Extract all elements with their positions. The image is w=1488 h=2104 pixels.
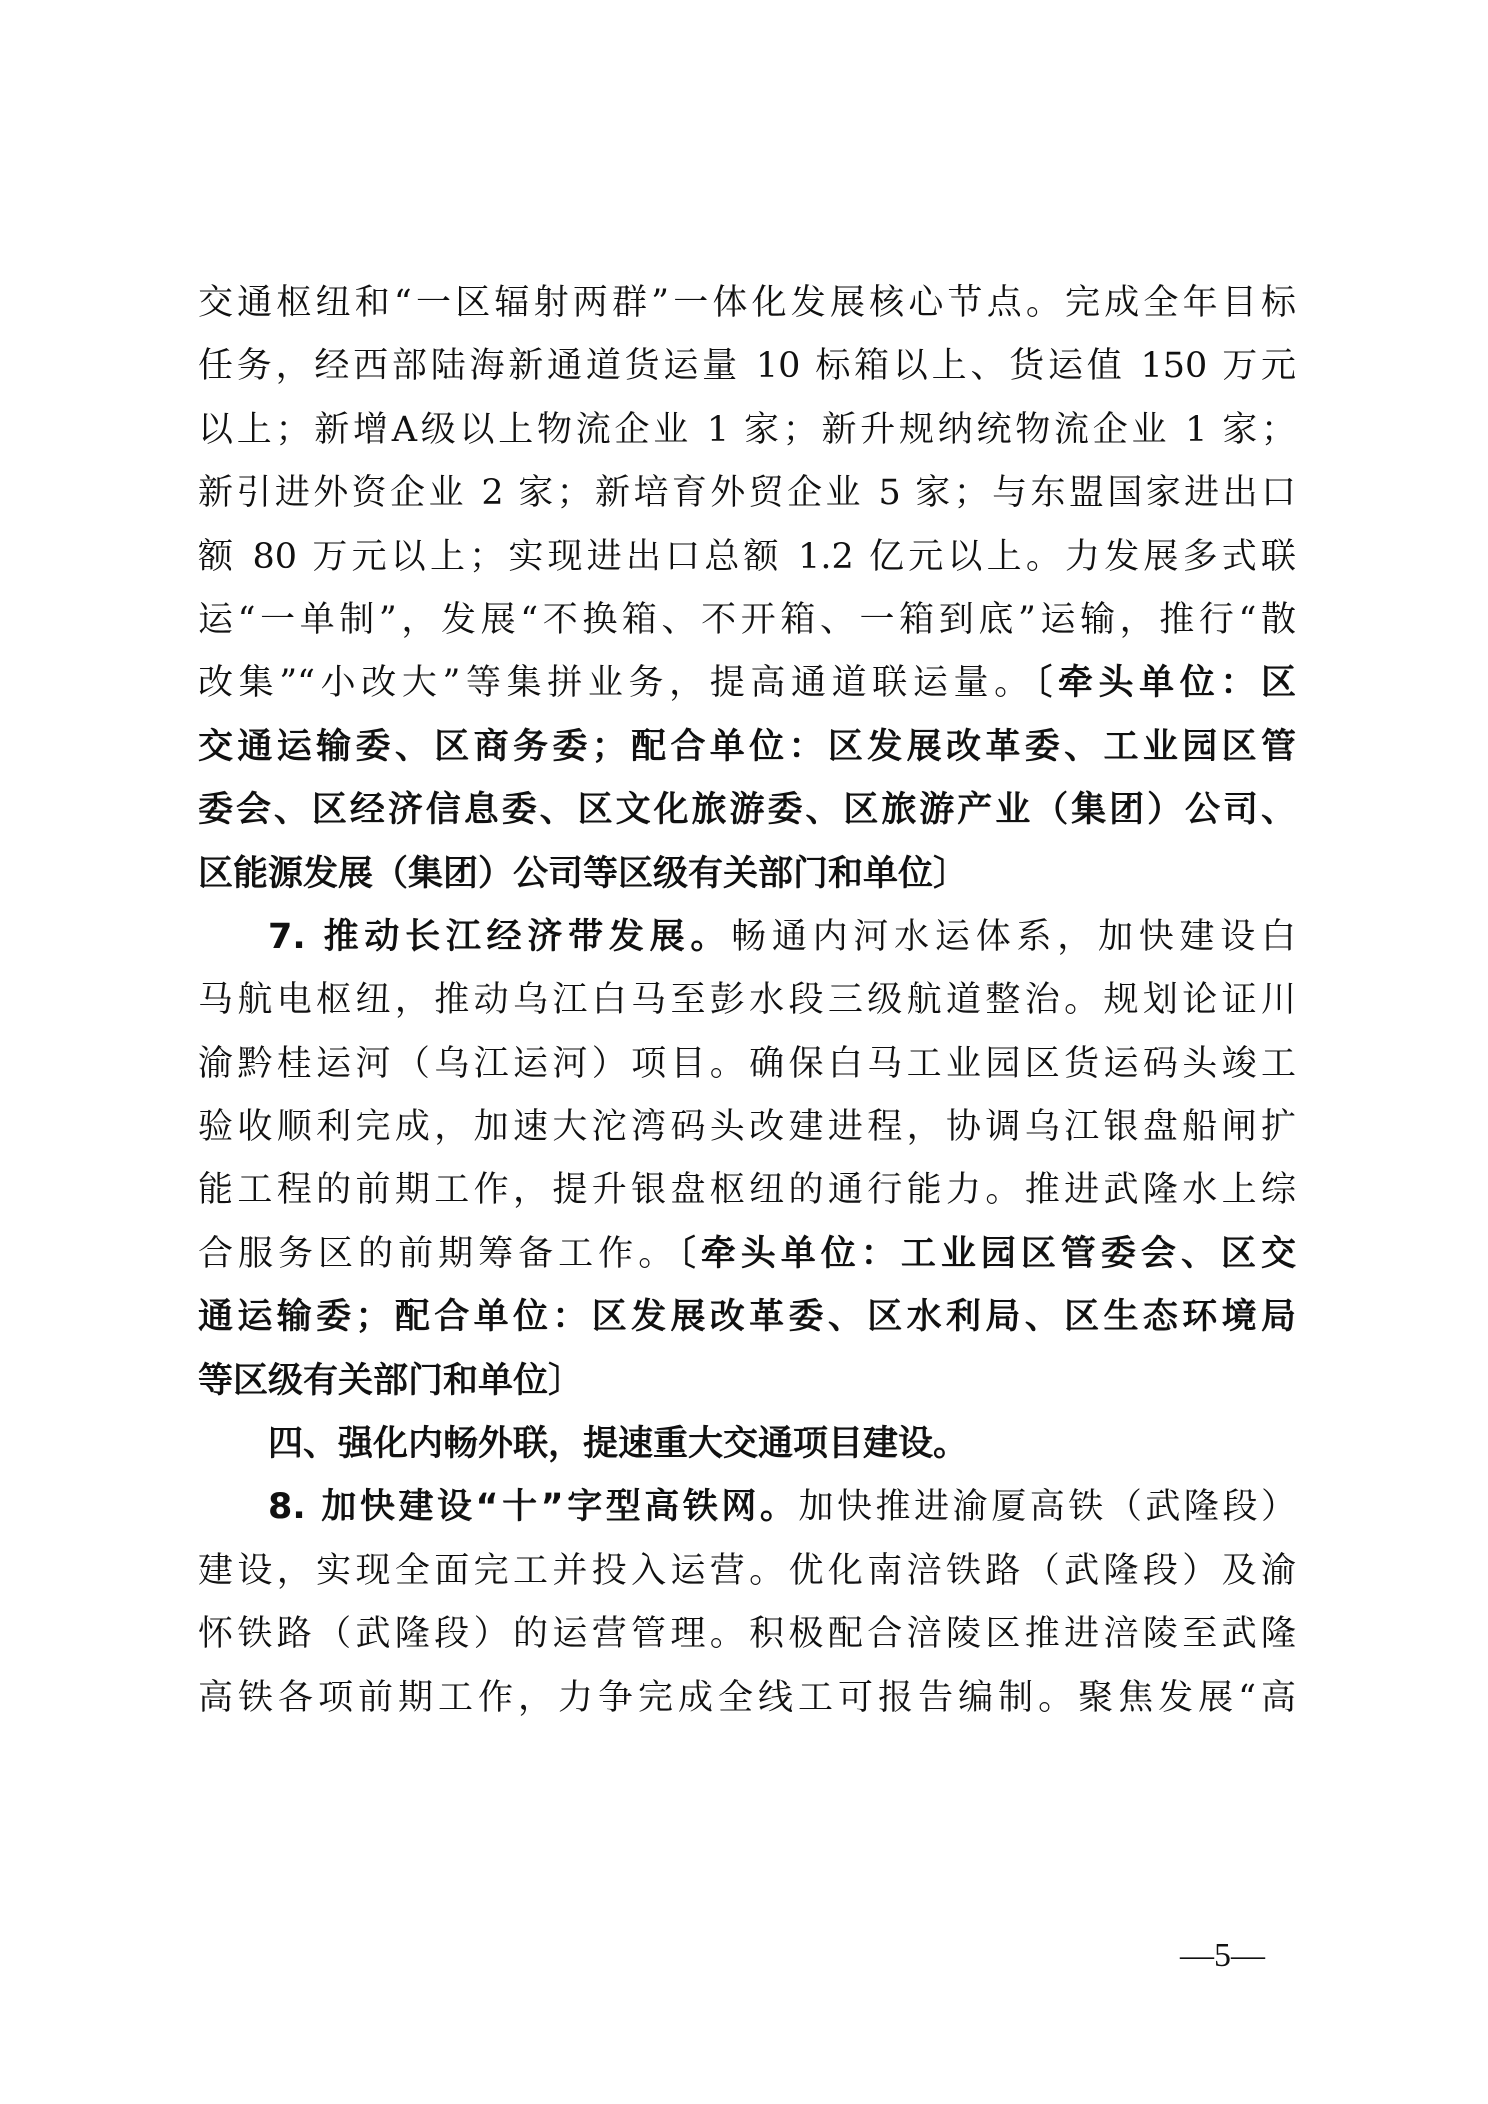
- body-line: 怀铁路（武隆段）的运营管理。积极配合涪陵区推进涪陵至武隆: [198, 1603, 1296, 1666]
- responsible-units-text: 〔牵头单位：工业园区管委会、区交: [678, 1234, 1296, 1274]
- section-4-heading: 四、强化内畅外联，提速重大交通项目建设。: [268, 1424, 968, 1464]
- body-text: 能工程的前期工作，提升银盘枢纽的通行能力。推进武隆水上综: [198, 1170, 1296, 1210]
- body-text: 运“一单制”，发展“不换箱、不开箱、一箱到底”运输，推行“散: [198, 600, 1296, 640]
- responsible-units-line: 区能源发展（集团）公司等区级有关部门和单位〕: [198, 843, 1296, 906]
- body-text: 新引进外资企业 2 家；新培育外贸企业 5 家；与东盟国家进出口: [198, 473, 1296, 513]
- responsible-units-line: 交通运输委、区商务委；配合单位：区发展改革委、工业园区管: [198, 716, 1296, 779]
- item-7-line: 7. 推动长江经济带发展。畅通内河水运体系，加快建设白: [198, 906, 1296, 969]
- body-text: 任务，经西部陆海新通道货运量 10 标箱以上、货运值 150 万元: [198, 346, 1296, 386]
- body-line: 改集”“小改大”等集拼业务，提高通道联运量。〔牵头单位：区: [198, 652, 1296, 715]
- body-text: 高铁各项前期工作，力争完成全线工可报告编制。聚焦发展“高: [198, 1678, 1296, 1718]
- body-text: 交通枢纽和“一区辐射两群”一体化发展核心节点。完成全年目标: [198, 283, 1296, 323]
- responsible-units-line: 通运输委；配合单位：区发展改革委、区水利局、区生态环境局: [198, 1286, 1296, 1349]
- body-text: 马航电枢纽，推动乌江白马至彭水段三级航道整治。规划论证川: [198, 980, 1296, 1020]
- body-line: 验收顺利完成，加速大沱湾码头改建进程，协调乌江银盘船闸扩: [198, 1096, 1296, 1159]
- item-7-heading: 7. 推动长江经济带发展。: [268, 917, 731, 957]
- body-line: 任务，经西部陆海新通道货运量 10 标箱以上、货运值 150 万元: [198, 335, 1296, 398]
- responsible-units-line: 等区级有关部门和单位〕: [198, 1350, 1296, 1413]
- responsible-units-text: 〔牵头单位：区: [1035, 663, 1296, 703]
- document-page: 交通枢纽和“一区辐射两群”一体化发展核心节点。完成全年目标 任务，经西部陆海新通…: [0, 0, 1488, 2104]
- item-8-heading: 8. 加快建设“十”字型高铁网。: [268, 1487, 798, 1527]
- body-text: 额 80 万元以上；实现进出口总额 1.2 亿元以上。力发展多式联: [198, 537, 1296, 577]
- body-text: 建设，实现全面完工并投入运营。优化南涪铁路（武隆段）及渝: [198, 1551, 1296, 1591]
- body-text: 合服务区的前期筹备工作。: [198, 1234, 678, 1274]
- body-line: 额 80 万元以上；实现进出口总额 1.2 亿元以上。力发展多式联: [198, 526, 1296, 589]
- responsible-units-text: 区能源发展（集团）公司等区级有关部门和单位〕: [198, 854, 968, 894]
- body-text: 畅通内河水运体系，加快建设白: [731, 917, 1296, 957]
- section-heading-line: 四、强化内畅外联，提速重大交通项目建设。: [198, 1413, 1296, 1476]
- responsible-units-text: 交通运输委、区商务委；配合单位：区发展改革委、工业园区管: [198, 727, 1296, 767]
- body-line: 新引进外资企业 2 家；新培育外贸企业 5 家；与东盟国家进出口: [198, 462, 1296, 525]
- body-text: 验收顺利完成，加速大沱湾码头改建进程，协调乌江银盘船闸扩: [198, 1107, 1296, 1147]
- body-text: 怀铁路（武隆段）的运营管理。积极配合涪陵区推进涪陵至武隆: [198, 1614, 1296, 1654]
- body-line: 以上；新增A级以上物流企业 1 家；新升规纳统物流企业 1 家；: [198, 399, 1296, 462]
- document-body: 交通枢纽和“一区辐射两群”一体化发展核心节点。完成全年目标 任务，经西部陆海新通…: [198, 272, 1296, 1730]
- body-text: 渝黔桂运河（乌江运河）项目。确保白马工业园区货运码头竣工: [198, 1044, 1296, 1084]
- responsible-units-line: 委会、区经济信息委、区文化旅游委、区旅游产业（集团）公司、: [198, 779, 1296, 842]
- body-line: 能工程的前期工作，提升银盘枢纽的通行能力。推进武隆水上综: [198, 1159, 1296, 1222]
- body-line: 建设，实现全面完工并投入运营。优化南涪铁路（武隆段）及渝: [198, 1540, 1296, 1603]
- page-number: —5—: [1180, 1936, 1300, 1976]
- body-line: 高铁各项前期工作，力争完成全线工可报告编制。聚焦发展“高: [198, 1667, 1296, 1730]
- body-text: 改集”“小改大”等集拼业务，提高通道联运量。: [198, 663, 1035, 703]
- body-line: 运“一单制”，发展“不换箱、不开箱、一箱到底”运输，推行“散: [198, 589, 1296, 652]
- responsible-units-text: 通运输委；配合单位：区发展改革委、区水利局、区生态环境局: [198, 1297, 1296, 1337]
- body-text: 以上；新增A级以上物流企业 1 家；新升规纳统物流企业 1 家；: [198, 410, 1296, 450]
- body-text: 加快推进渝厦高铁（武隆段）: [798, 1487, 1296, 1527]
- body-line: 合服务区的前期筹备工作。〔牵头单位：工业园区管委会、区交: [198, 1223, 1296, 1286]
- body-line: 交通枢纽和“一区辐射两群”一体化发展核心节点。完成全年目标: [198, 272, 1296, 335]
- body-line: 渝黔桂运河（乌江运河）项目。确保白马工业园区货运码头竣工: [198, 1033, 1296, 1096]
- responsible-units-text: 委会、区经济信息委、区文化旅游委、区旅游产业（集团）公司、: [198, 790, 1296, 830]
- body-line: 马航电枢纽，推动乌江白马至彭水段三级航道整治。规划论证川: [198, 969, 1296, 1032]
- item-8-line: 8. 加快建设“十”字型高铁网。加快推进渝厦高铁（武隆段）: [198, 1476, 1296, 1539]
- responsible-units-text: 等区级有关部门和单位〕: [198, 1361, 583, 1401]
